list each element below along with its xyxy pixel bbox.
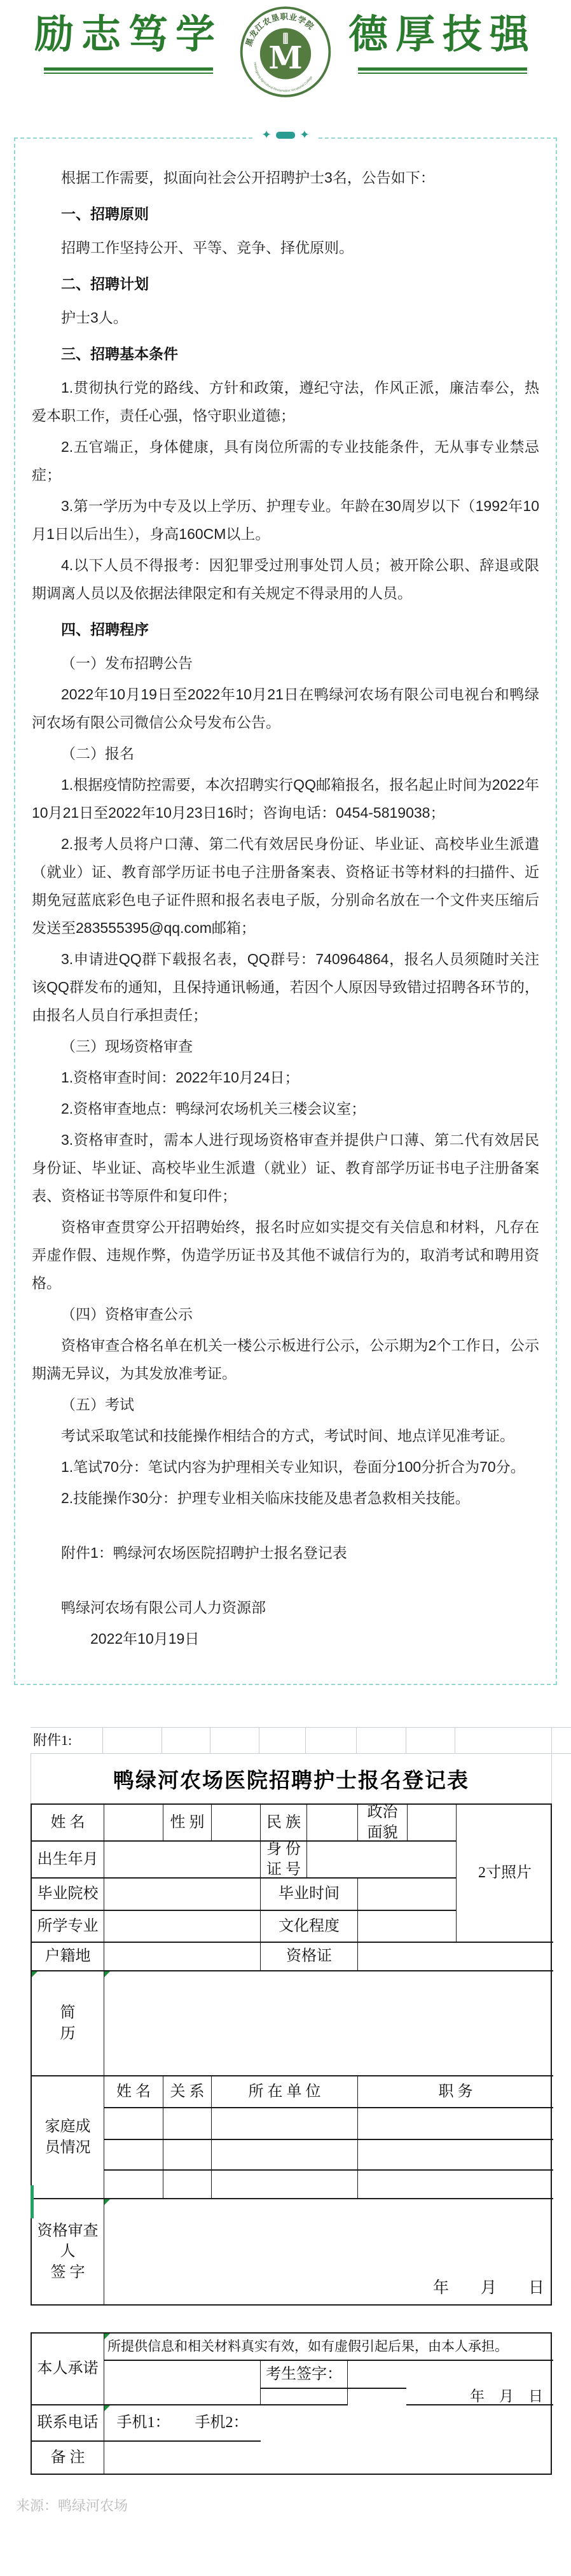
family-row-cell[interactable] [104, 2108, 163, 2140]
family-row-cell[interactable] [104, 2140, 163, 2171]
family-relation-col: 关 系 [163, 2076, 212, 2108]
family-unit-col: 所 在 单 位 [212, 2076, 358, 2108]
attachment-gridline-row: 附件1: [31, 1727, 571, 1754]
body-paragraph: 3.资格审查时，需本人进行现场资格审查并提供户口薄、第二代有效居民身份证、毕业证… [32, 1126, 539, 1210]
svg-text:M: M [268, 41, 302, 76]
family-row-cell[interactable] [212, 2108, 358, 2140]
attachment-note: 附件1：鸭绿河农场医院招聘护士报名登记表 [32, 1539, 539, 1567]
household-input-cell[interactable] [104, 1943, 261, 1971]
education-level-input-cell[interactable] [358, 1911, 457, 1943]
id-number-input-cell[interactable] [307, 1842, 457, 1879]
photo-cell: 2寸照片 [457, 1805, 553, 1943]
body-paragraph: 3.第一学历为中专及以上学历、护理专业。年龄在30周岁以下（1992年10月1日… [32, 492, 539, 548]
body-paragraph: 2.五官端正，身体健康，具有岗位所需的专业技能条件，无从事专业禁忌症； [32, 433, 539, 489]
contact-phone-cell[interactable]: 手机1： 手机2： [104, 2405, 261, 2442]
sub-heading: （一）发布招聘公告 [32, 649, 539, 677]
body-paragraph: 3.申请进QQ群下载报名表，QQ群号：740964864，报名人员须随时关注该Q… [32, 945, 539, 1029]
section-heading: 四、招聘程序 [32, 615, 539, 643]
birth-date-label: 出生年月 [32, 1842, 104, 1879]
commitment-label: 本人承诺 [32, 2334, 104, 2405]
graduation-time-input-cell[interactable] [358, 1879, 457, 1911]
body-paragraph: 1.笔试70分：笔试内容为护理相关专业知识，卷面分100分折合为70分。 [32, 1453, 539, 1481]
college-logo-icon: 黑龙江农垦职业学院 Heilongjiang Agricultural Recl… [239, 3, 332, 99]
family-row-cell[interactable] [212, 2171, 358, 2199]
section-heading: 二、招聘计划 [32, 270, 539, 298]
family-position-col: 职 务 [358, 2076, 553, 2108]
body-paragraph: 2.技能操作30分：护理专业相关临床技能及患者急救相关技能。 [32, 1484, 539, 1512]
motto-right-block: 德厚技强 [348, 4, 537, 74]
graduate-school-label: 毕业院校 [32, 1879, 104, 1911]
divider-ornament-icon: ✦✦ [254, 129, 317, 141]
sub-heading: （三）现场资格审查 [32, 1032, 539, 1060]
body-paragraph: 2.报考人员将户口薄、第二代有效居民身份证、毕业证、高校毕业生派遣（就业）证、教… [32, 830, 539, 942]
candidate-signature-label: 考生签字： [261, 2361, 348, 2389]
political-status-input-cell[interactable] [408, 1805, 457, 1842]
college-logo: 黑龙江农垦职业学院 Heilongjiang Agricultural Recl… [239, 3, 332, 99]
issue-date: 2022年10月19日 [32, 1625, 539, 1653]
form-title-row: 鸭绿河农场医院招聘护士报名登记表 [31, 1754, 552, 1803]
contact-phone-label: 联系电话 [32, 2405, 104, 2442]
phone1-label: 手机1： [104, 2412, 182, 2433]
sub-heading: （四）资格审查公示 [32, 1300, 539, 1328]
intro-paragraph: 根据工作需要，拟面向社会公开招聘护士3名，公告如下： [32, 164, 539, 192]
body-paragraph: 资格审查贯穿公开招聘始终，报名时应如实提交有关信息和材料，凡存在弄虚作假、违规作… [32, 1213, 539, 1297]
body-paragraph: 1.贯彻执行党的路线、方针和政策，遵纪守法，作风正派，廉洁奉公，热爱本职工作，责… [32, 374, 539, 430]
motto-left: 励志笃学 [34, 4, 223, 65]
remarks-cell[interactable] [104, 2442, 261, 2474]
attachment-label: 附件1: [31, 1728, 103, 1753]
body-paragraph: 4.以下人员不得报考：因犯罪受过刑事处罚人员；被开除公职、辞退或限期调离人员以及… [32, 551, 539, 607]
family-name-col: 姓 名 [104, 2076, 163, 2108]
major-input-cell[interactable] [104, 1911, 261, 1943]
masthead: 励志笃学 黑龙江农垦职业学院 Heilongjiang Agricultural… [0, 0, 571, 109]
registration-form: 附件1: 鸭绿河农场医院招聘护士报名登记表 姓 名 性 别 民 族 政治 面貌 … [31, 1727, 571, 2475]
phone2-label: 手机2： [182, 2412, 261, 2433]
family-row-cell[interactable] [212, 2140, 358, 2171]
family-row-cell[interactable] [163, 2108, 212, 2140]
body-paragraph: 招聘工作坚持公开、平等、竞争、择优原则。 [32, 234, 539, 262]
family-row-cell[interactable] [104, 2171, 163, 2199]
commitment-text: 所提供信息和相关材料真实有效，如有虚假引起后果，由本人承担。 [104, 2334, 553, 2361]
resume-label: 简 历 [32, 1971, 104, 2076]
selection-accent-bar [31, 2185, 34, 2218]
family-row-cell[interactable] [358, 2171, 553, 2199]
name-label: 姓 名 [32, 1805, 104, 1842]
gender-input-cell[interactable] [212, 1805, 261, 1842]
family-row-cell[interactable] [163, 2140, 212, 2171]
education-level-label: 文化程度 [261, 1911, 358, 1943]
form-title: 鸭绿河农场医院招聘护士报名登记表 [113, 1764, 469, 1794]
political-status-label: 政治 面貌 [358, 1805, 408, 1842]
graduate-school-input-cell[interactable] [104, 1879, 261, 1911]
announcement-box: ✦✦ 根据工作需要，拟面向社会公开招聘护士3名，公告如下： 一、招聘原则 招聘工… [14, 137, 557, 1685]
graduation-time-label: 毕业时间 [261, 1879, 358, 1911]
qualification-label: 资格证 [261, 1943, 358, 1971]
body-paragraph: 1.资格审查时间：2022年10月24日； [32, 1063, 539, 1091]
body-paragraph: 1.根据疫情防控需要，本次招聘实行QQ邮箱报名，报名起止时间为2022年10月2… [32, 771, 539, 827]
body-paragraph: 资格审查合格名单在机关一楼公示板进行公示，公示期为2个工作日，公示期满无异议，为… [32, 1331, 539, 1387]
household-label: 户籍地 [32, 1943, 104, 1971]
form-main-table: 姓 名 性 别 民 族 政治 面貌 2寸照片 出生年月 身 份 证 号 毕业院校… [31, 1803, 552, 2306]
commitment-date-blank-cell[interactable] [261, 2389, 348, 2405]
id-number-label: 身 份 证 号 [261, 1842, 307, 1879]
ethnicity-input-cell[interactable] [307, 1805, 358, 1842]
source-note: 来源：鸭绿河农场 [16, 2495, 571, 2515]
birth-date-input-cell[interactable] [104, 1842, 261, 1879]
motto-right-underline [358, 67, 527, 74]
reviewer-signature-cell[interactable]: 年 月 日 [104, 2199, 553, 2304]
issuer-signature: 鸭绿河农场有限公司人力资源部 [32, 1593, 539, 1621]
section-heading: 一、招聘原则 [32, 200, 539, 228]
sub-heading: （五）考试 [32, 1390, 539, 1418]
reviewer-date-blank: 年 月 日 [433, 2278, 544, 2299]
ethnicity-label: 民 族 [261, 1805, 307, 1842]
family-members-label: 家庭成 员情况 [32, 2076, 104, 2199]
family-row-cell[interactable] [358, 2108, 553, 2140]
body-paragraph: 考试采取笔试和技能操作相结合的方式，考试时间、地点详见准考证。 [32, 1422, 539, 1450]
body-paragraph: 2.资格审查地点：鸭绿河农场机关三楼会议室； [32, 1095, 539, 1123]
qualification-input-cell[interactable] [358, 1943, 553, 1971]
motto-left-underline [44, 67, 213, 74]
name-input-cell[interactable] [104, 1805, 163, 1842]
motto-right: 德厚技强 [348, 4, 537, 65]
candidate-signature-cell[interactable] [348, 2361, 406, 2389]
section-heading: 三、招聘基本条件 [32, 340, 539, 368]
family-row-cell[interactable] [358, 2140, 553, 2171]
motto-left-block: 励志笃学 [34, 4, 223, 74]
gender-label: 性 别 [163, 1805, 212, 1842]
commitment-blank-cell[interactable] [104, 2361, 261, 2405]
reviewer-signature-label: 资格审查人 签 字 [32, 2199, 104, 2304]
family-row-cell[interactable] [163, 2171, 212, 2199]
body-paragraph: 护士3人。 [32, 304, 539, 332]
commitment-date: 年 月 日 [406, 2389, 553, 2405]
sub-heading: （二）报名 [32, 739, 539, 767]
major-label: 所学专业 [32, 1911, 104, 1943]
resume-input-cell[interactable] [104, 1971, 553, 2076]
remarks-label: 备 注 [32, 2442, 104, 2474]
form-commitment-table: 本人承诺 所提供信息和相关材料真实有效，如有虚假引起后果，由本人承担。 考生签字… [31, 2332, 552, 2475]
body-paragraph: 2022年10月19日至2022年10月21日在鸭绿河农场有限公司电视台和鸭绿河… [32, 680, 539, 736]
